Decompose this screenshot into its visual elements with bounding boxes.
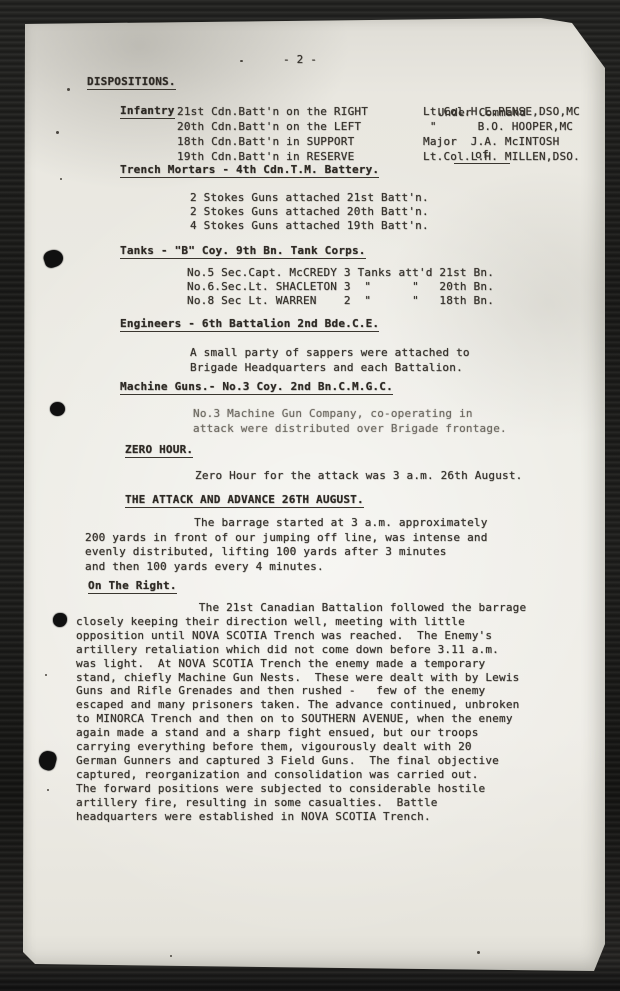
paper-speck bbox=[47, 789, 49, 791]
machine-guns-heading: Machine Guns.- No.3 Coy. 2nd Bn.C.M.G.C. bbox=[120, 380, 393, 393]
tanks-section-lines: No.5 Sec.Capt. McCREDY 3 Tanks att'd 21s… bbox=[187, 266, 494, 308]
paper-speck bbox=[477, 951, 480, 954]
paper-speck bbox=[56, 131, 59, 134]
paper-speck bbox=[170, 955, 172, 957]
ink-blot bbox=[50, 402, 65, 416]
paper-speck bbox=[60, 178, 62, 180]
scanned-war-diary-page: - 2 - DISPOSITIONS. Under Command of Inf… bbox=[0, 0, 620, 991]
paper-speck bbox=[45, 674, 47, 676]
page-number: - 2 - bbox=[283, 53, 317, 66]
barrage-paragraph: The barrage started at 3 a.m. approximat… bbox=[85, 516, 488, 574]
infantry-label: Infantry bbox=[120, 104, 175, 117]
zero-hour-line: Zero Hour for the attack was 3 a.m. 26th… bbox=[195, 469, 522, 482]
zero-hour-heading: ZERO HOUR. bbox=[125, 443, 193, 456]
paper-speck bbox=[67, 88, 70, 91]
trench-mortars-heading: Trench Mortars - 4th Cdn.T.M. Battery. bbox=[120, 163, 379, 176]
trench-mortars-lines: 2 Stokes Guns attached 21st Batt'n. 2 St… bbox=[190, 191, 429, 233]
machine-guns-lines: No.3 Machine Gun Company, co-operating i… bbox=[193, 406, 507, 436]
on-the-right-paragraph: The 21st Canadian Battalion followed the… bbox=[76, 601, 526, 824]
infantry-battalion-list: 21st Cdn.Batt'n on the RIGHT 20th Cdn.Ba… bbox=[177, 104, 368, 164]
infantry-commander-list: Lt.Col.H.E.PENSE,DSO,MC " B.O. HOOPER,MC… bbox=[423, 104, 580, 164]
attack-advance-heading: THE ATTACK AND ADVANCE 26TH AUGUST. bbox=[125, 493, 364, 506]
engineers-heading: Engineers - 6th Battalion 2nd Bde.C.E. bbox=[120, 317, 379, 330]
document-content: - 2 - DISPOSITIONS. Under Command of Inf… bbox=[0, 0, 620, 991]
dispositions-heading: DISPOSITIONS. bbox=[87, 75, 176, 88]
paper-speck bbox=[240, 60, 243, 62]
on-the-right-heading: On The Right. bbox=[88, 579, 177, 592]
tanks-heading: Tanks - "B" Coy. 9th Bn. Tank Corps. bbox=[120, 244, 366, 257]
engineers-lines: A small party of sappers were attached t… bbox=[190, 345, 470, 375]
